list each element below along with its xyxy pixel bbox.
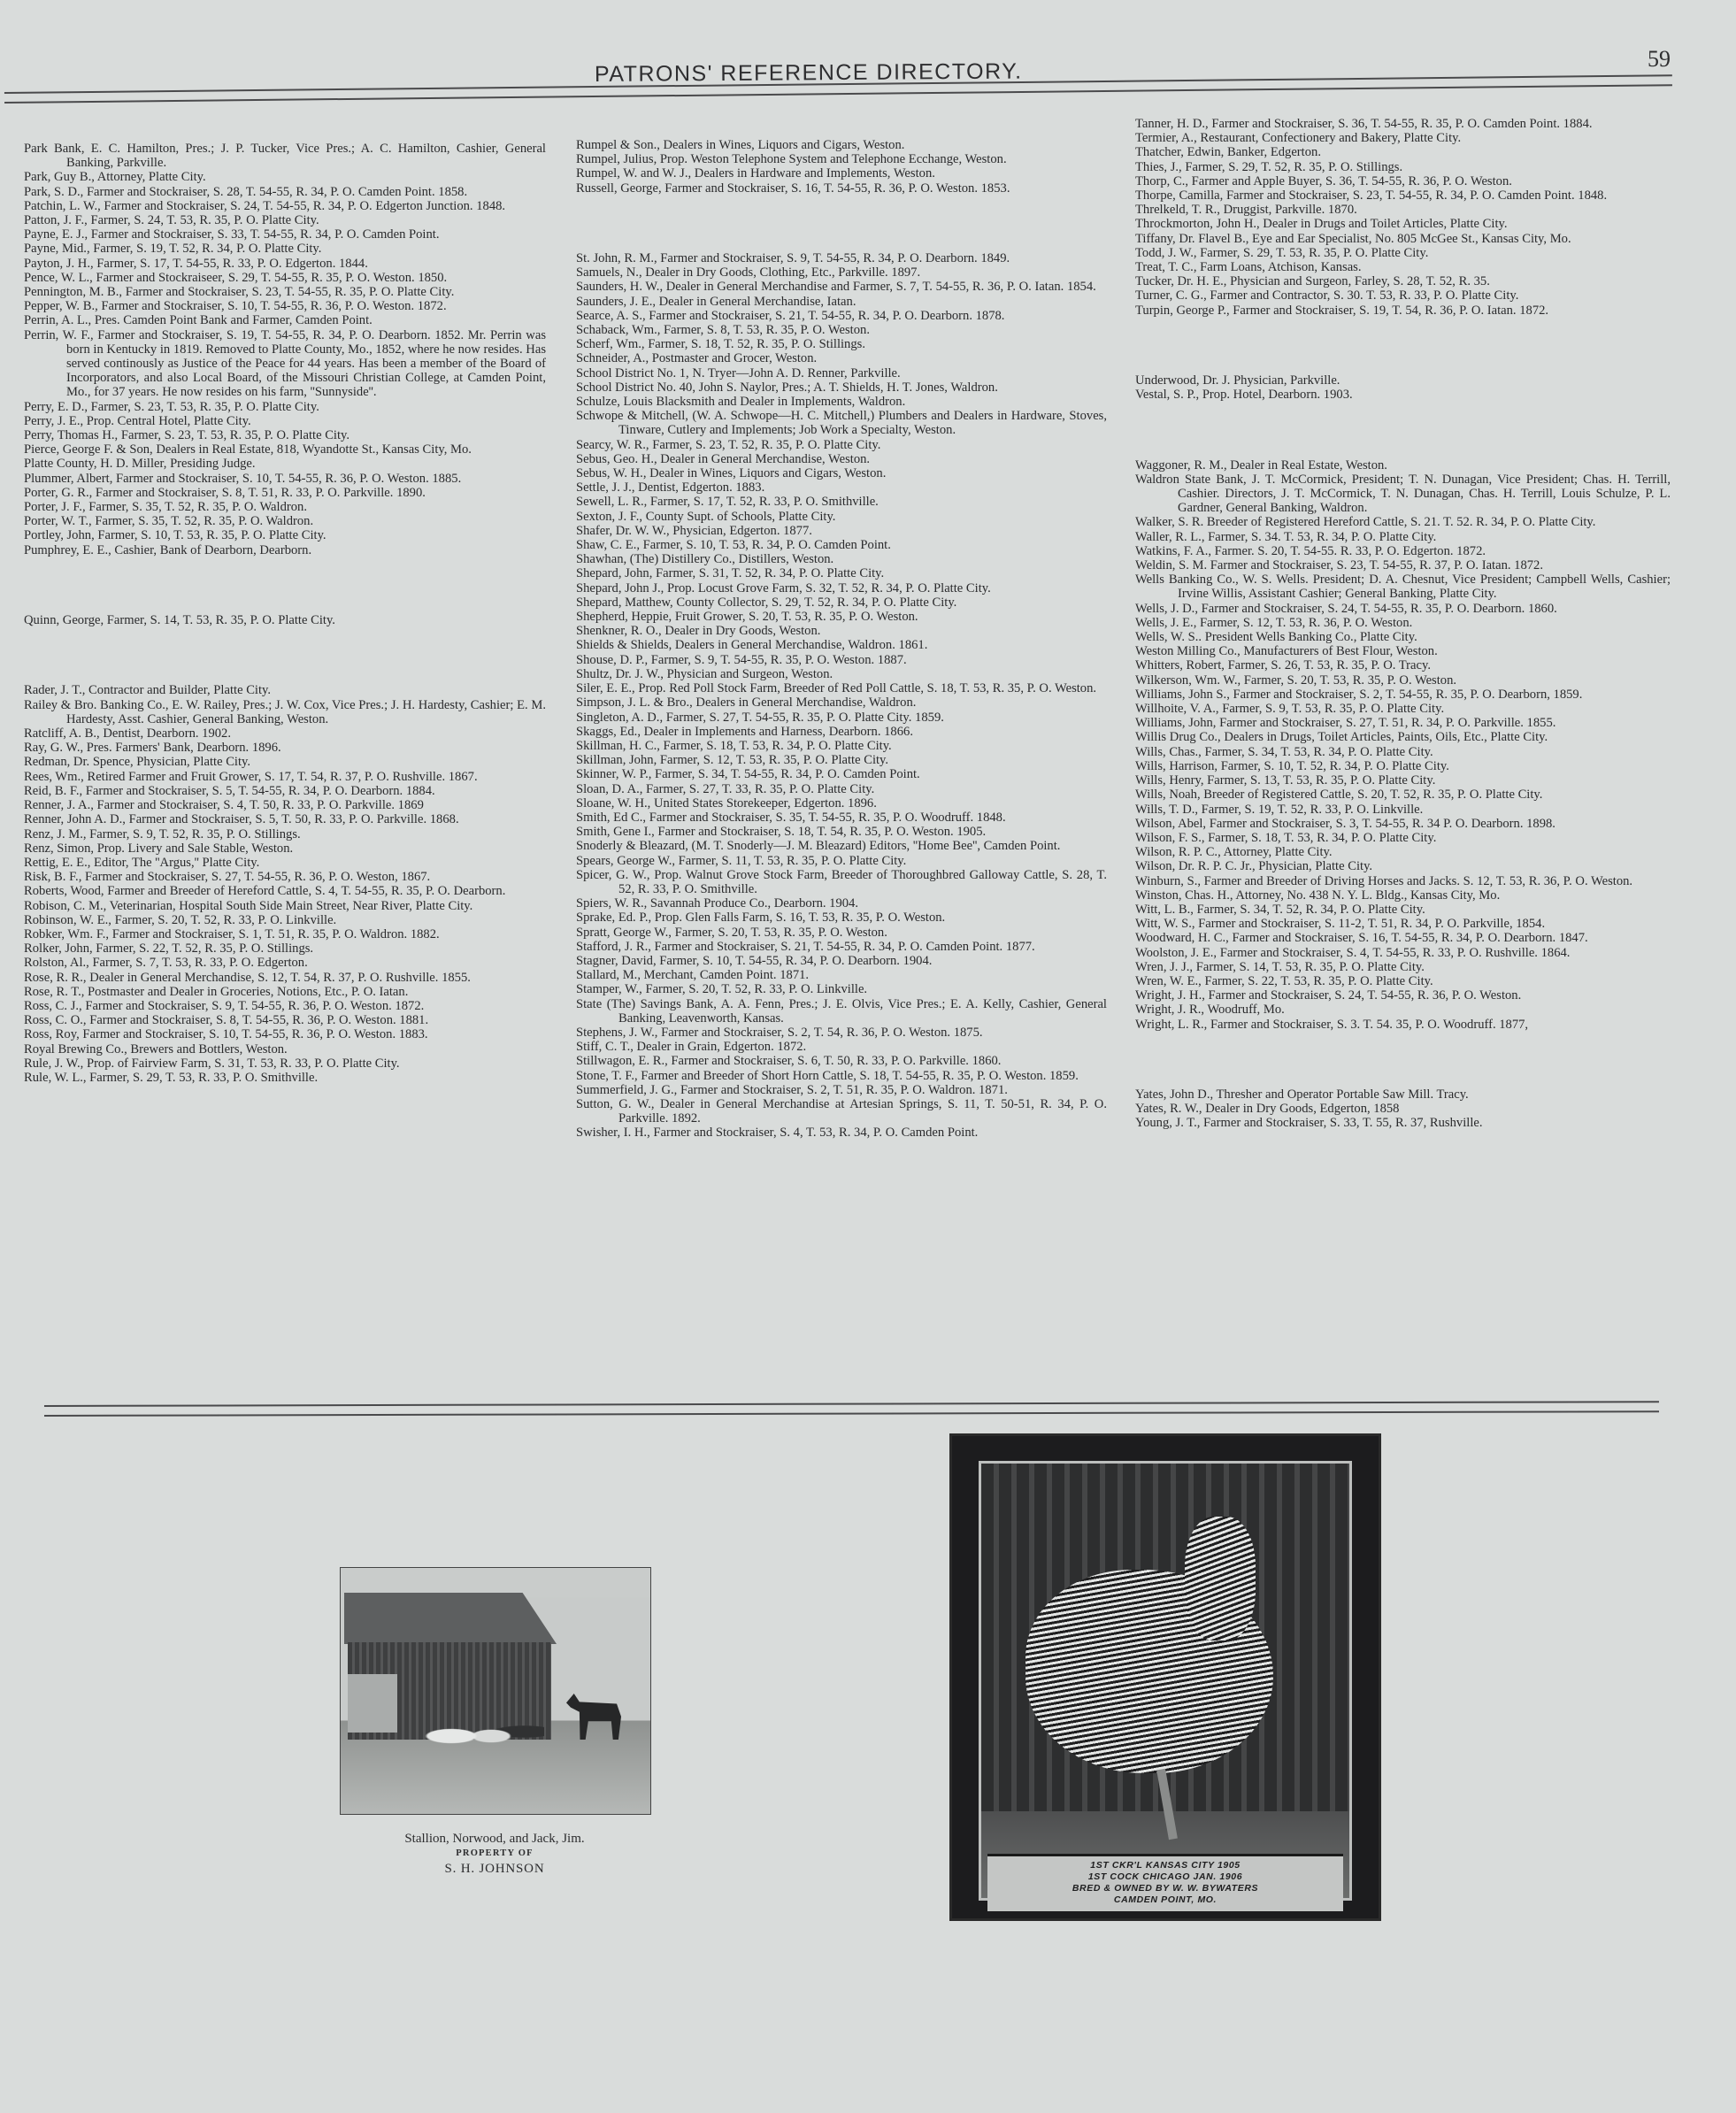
directory-entry: Swisher, I. H., Farmer and Stockraiser, … xyxy=(576,1126,1107,1140)
directory-column-right: Tanner, H. D., Farmer and Stockraiser, S… xyxy=(1135,117,1671,1131)
directory-entry: Snoderly & Bleazard, (M. T. Snoderly—J. … xyxy=(576,839,1107,853)
directory-column-left: Park Bank, E. C. Hamilton, Pres.; J. P. … xyxy=(24,142,546,1085)
directory-entry: Perrin, A. L., Pres. Camden Point Bank a… xyxy=(24,313,546,327)
directory-entry: Simpson, J. L. & Bro., Dealers in Genera… xyxy=(576,695,1107,710)
directory-entry: Patchin, L. W., Farmer and Stockraiser, … xyxy=(24,199,546,213)
directory-entry: Wills, Henry, Farmer, S. 13, T. 53, R. 3… xyxy=(1135,773,1671,788)
directory-entry: Shepard, John J., Prop. Locust Grove Far… xyxy=(576,581,1107,595)
directory-entry: Smith, Gene I., Farmer and Stockraiser, … xyxy=(576,825,1107,839)
directory-entry: Tucker, Dr. H. E., Physician and Surgeon… xyxy=(1135,274,1671,288)
directory-entry: Wills, Chas., Farmer, S. 34, T. 53, R. 3… xyxy=(1135,745,1671,759)
directory-entry: Rettig, E. E., Editor, The ''Argus,'' Pl… xyxy=(24,856,546,870)
directory-entry: Redman, Dr. Spence, Physician, Platte Ci… xyxy=(24,755,546,769)
directory-entry: Wills, T. D., Farmer, S. 19, T. 52, R. 3… xyxy=(1135,803,1671,817)
directory-entry: Singleton, A. D., Farmer, S. 27, T. 54-5… xyxy=(576,711,1107,725)
directory-entry: Rolker, John, Farmer, S. 22, T. 52, R. 3… xyxy=(24,941,546,956)
rooster-plaque: 1ST CKR'L KANSAS CITY 1905 1ST COCK CHIC… xyxy=(987,1854,1343,1911)
directory-entry: Wells Banking Co., W. S. Wells. Presiden… xyxy=(1135,572,1671,601)
directory-entry: Pence, W. L., Farmer and Stockraiseer, S… xyxy=(24,271,546,285)
directory-entry: Wilson, R. P. C., Attorney, Platte City. xyxy=(1135,845,1671,859)
directory-entry: Tanner, H. D., Farmer and Stockraiser, S… xyxy=(1135,117,1671,131)
directory-entry: Treat, T. C., Farm Loans, Atchison, Kans… xyxy=(1135,260,1671,274)
directory-entry: Renner, John A. D., Farmer and Stockrais… xyxy=(24,812,546,826)
directory-entry: Waldron State Bank, J. T. McCormick, Pre… xyxy=(1135,473,1671,516)
letter-section-gap xyxy=(576,208,1107,238)
directory-entry: Skaggs, Ed., Dealer in Implements and Ha… xyxy=(576,725,1107,739)
directory-entry: Settle, J. J., Dentist, Edgerton. 1883. xyxy=(576,480,1107,495)
directory-entry: Thies, J., Farmer, S. 29, T. 52, R. 35, … xyxy=(1135,160,1671,174)
directory-entry: Russell, George, Farmer and Stockraiser,… xyxy=(576,181,1107,196)
directory-entry: Park, S. D., Farmer and Stockraiser, S. … xyxy=(24,185,546,199)
directory-entry: Waggoner, R. M., Dealer in Real Estate, … xyxy=(1135,458,1671,473)
directory-entry: Sebus, Geo. H., Dealer in General Mercha… xyxy=(576,452,1107,466)
directory-entry: School District No. 40, John S. Naylor, … xyxy=(576,380,1107,395)
directory-entry: Tiffany, Dr. Flavel B., Eye and Ear Spec… xyxy=(1135,232,1671,246)
directory-entry: Stillwagon, E. R., Farmer and Stockraise… xyxy=(576,1054,1107,1068)
directory-entry: Winston, Chas. H., Attorney, No. 438 N. … xyxy=(1135,888,1671,903)
directory-entry: Porter, J. F., Farmer, S. 35, T. 52, R. … xyxy=(24,500,546,514)
directory-entry: Schneider, A., Postmaster and Grocer, We… xyxy=(576,351,1107,365)
barn-photo-owner: S. H. JOHNSON xyxy=(340,1862,649,1877)
directory-entry: Pennington, M. B., Farmer and Stockraise… xyxy=(24,285,546,299)
directory-entry: Schulze, Louis Blacksmith and Dealer in … xyxy=(576,395,1107,409)
barn-shed xyxy=(348,1674,397,1733)
directory-entry: Turpin, George P., Farmer and Stockraise… xyxy=(1135,304,1671,318)
directory-entry: Shenkner, R. O., Dealer in Dry Goods, We… xyxy=(576,624,1107,638)
directory-entry: Sloan, D. A., Farmer, S. 27, T. 33, R. 3… xyxy=(576,782,1107,796)
directory-entry: Witt, W. S., Farmer and Stockraiser, S. … xyxy=(1135,917,1671,931)
directory-entry: Searcy, W. R., Farmer, S. 23, T. 52, R. … xyxy=(576,438,1107,452)
directory-entry: Thorpe, Camilla, Farmer and Stockraiser,… xyxy=(1135,188,1671,203)
directory-entry: Williams, John, Farmer and Stockraiser, … xyxy=(1135,716,1671,730)
directory-entry: Wilson, Abel, Farmer and Stockraiser, S.… xyxy=(1135,817,1671,831)
directory-entry: Skillman, H. C., Farmer, S. 18, T. 53, R… xyxy=(576,739,1107,753)
directory-entry: Spears, George W., Farmer, S. 11, T. 53,… xyxy=(576,854,1107,868)
directory-entry: Pepper, W. B., Farmer and Stockraiser, S… xyxy=(24,299,546,313)
directory-entry: Pumphrey, E. E., Cashier, Bank of Dearbo… xyxy=(24,543,546,557)
plaque-line: CAMDEN POINT, MO. xyxy=(987,1894,1343,1906)
directory-entry: State (The) Savings Bank, A. A. Fenn, Pr… xyxy=(576,997,1107,1026)
directory-entry: Todd, J. W., Farmer, S. 29, T. 53, R. 35… xyxy=(1135,246,1671,260)
rooster-photo-frame xyxy=(979,1461,1352,1901)
directory-entry: Shepherd, Heppie, Fruit Grower, S. 20, T… xyxy=(576,610,1107,624)
directory-entry: Wren, J. J., Farmer, S. 14, T. 53, R. 35… xyxy=(1135,960,1671,974)
directory-entry: Threlkeld, T. R., Druggist, Parkville. 1… xyxy=(1135,203,1671,217)
directory-entry: Risk, B. F., Farmer and Stockraiser, S. … xyxy=(24,870,546,884)
barn-photo xyxy=(340,1567,651,1815)
rooster-neck xyxy=(1185,1517,1256,1640)
directory-entry: Weston Milling Co., Manufacturers of Bes… xyxy=(1135,644,1671,658)
directory-entry: Sewell, L. R., Farmer, S. 17, T. 52, R. … xyxy=(576,495,1107,509)
directory-entry: Shouse, D. P., Farmer, S. 9, T. 54-55, R… xyxy=(576,653,1107,667)
directory-entry: Robinson, W. E., Farmer, S. 20, T. 52, R… xyxy=(24,913,546,927)
directory-entry: Throckmorton, John H., Dealer in Drugs a… xyxy=(1135,217,1671,231)
directory-entry: Roberts, Wood, Farmer and Breeder of Her… xyxy=(24,884,546,898)
directory-entry: Shultz, Dr. J. W., Physician and Surgeon… xyxy=(576,667,1107,681)
directory-entry: Willis Drug Co., Dealers in Drugs, Toile… xyxy=(1135,730,1671,744)
directory-entry: Skinner, W. P., Farmer, S. 34, T. 54-55,… xyxy=(576,767,1107,781)
directory-entry: Young, J. T., Farmer and Stockraiser, S.… xyxy=(1135,1116,1671,1130)
directory-entry: Skillman, John, Farmer, S. 12, T. 53, R.… xyxy=(576,753,1107,767)
directory-entry: Renz, Simon, Prop. Livery and Sale Stabl… xyxy=(24,841,546,856)
directory-entry: Witt, L. B., Farmer, S. 34, T. 52, R. 34… xyxy=(1135,903,1671,917)
directory-entry: Wilkerson, Wm. W., Farmer, S. 20, T. 53,… xyxy=(1135,673,1671,688)
directory-entry: Wells, W. S.. President Wells Banking Co… xyxy=(1135,630,1671,644)
directory-entry: Yates, R. W., Dealer in Dry Goods, Edger… xyxy=(1135,1102,1671,1116)
directory-entry: Saunders, H. W., Dealer in General Merch… xyxy=(576,280,1107,294)
letter-section-gap xyxy=(1135,1044,1671,1074)
directory-entry: Quinn, George, Farmer, S. 14, T. 53, R. … xyxy=(24,613,546,627)
directory-entry: Summerfield, J. G., Farmer and Stockrais… xyxy=(576,1083,1107,1097)
directory-entry: Wells, J. D., Farmer and Stockraiser, S.… xyxy=(1135,602,1671,616)
directory-entry: Watkins, F. A., Farmer. S. 20, T. 54-55.… xyxy=(1135,544,1671,558)
directory-entry: Plummer, Albert, Farmer and Stockraiser,… xyxy=(24,472,546,486)
directory-entry: Thatcher, Edwin, Banker, Edgerton. xyxy=(1135,145,1671,159)
directory-entry: Williams, John S., Farmer and Stockraise… xyxy=(1135,688,1671,702)
directory-entry: Perry, Thomas H., Farmer, S. 23, T. 53, … xyxy=(24,428,546,442)
directory-entry: Sexton, J. F., County Supt. of Schools, … xyxy=(576,510,1107,524)
directory-entry: Shepard, John, Farmer, S. 31, T. 52, R. … xyxy=(576,566,1107,580)
directory-entry: Shawhan, (The) Distillery Co., Distiller… xyxy=(576,552,1107,566)
plaque-line: 1ST CKR'L KANSAS CITY 1905 xyxy=(987,1860,1343,1871)
directory-entry: Rees, Wm., Retired Farmer and Fruit Grow… xyxy=(24,770,546,784)
directory-entry: Wilson, Dr. R. P. C. Jr., Physician, Pla… xyxy=(1135,859,1671,873)
directory-entry: Termier, A., Restaurant, Confectionery a… xyxy=(1135,131,1671,145)
directory-entry: Sprake, Ed. P., Prop. Glen Falls Farm, S… xyxy=(576,911,1107,925)
directory-entry: Rose, R. T., Postmaster and Dealer in Gr… xyxy=(24,985,546,999)
directory-entry: Railey & Bro. Banking Co., E. W. Railey,… xyxy=(24,698,546,726)
directory-entry: Portley, John, Farmer, S. 10, T. 53, R. … xyxy=(24,528,546,542)
directory-entry: Rule, W. L., Farmer, S. 29, T. 53, R. 33… xyxy=(24,1071,546,1085)
directory-entry: Renner, J. A., Farmer and Stockraiser, S… xyxy=(24,798,546,812)
directory-entry: Schwope & Mitchell, (W. A. Schwope—H. C.… xyxy=(576,409,1107,437)
directory-entry: Thorp, C., Farmer and Apple Buyer, S. 36… xyxy=(1135,174,1671,188)
directory-entry: Winburn, S., Farmer and Breeder of Drivi… xyxy=(1135,874,1671,888)
directory-entry: Saunders, J. E., Dealer in General Merch… xyxy=(576,295,1107,309)
directory-entry: Stephens, J. W., Farmer and Stockraiser,… xyxy=(576,1026,1107,1040)
directory-entry: Robison, C. M., Veterinarian, Hospital S… xyxy=(24,899,546,913)
directory-entry: Stamper, W., Farmer, S. 20, T. 52, R. 33… xyxy=(576,982,1107,996)
directory-entry: St. John, R. M., Farmer and Stockraiser,… xyxy=(576,251,1107,265)
directory-entry: Payne, Mid., Farmer, S. 19, T. 52, R. 34… xyxy=(24,242,546,256)
directory-entry: Pierce, George F. & Son, Dealers in Real… xyxy=(24,442,546,457)
directory-entry: Whitters, Robert, Farmer, S. 26, T. 53, … xyxy=(1135,658,1671,672)
directory-entry: Siler, E. E., Prop. Red Poll Stock Farm,… xyxy=(576,681,1107,695)
directory-entry: Ross, C. O., Farmer and Stockraiser, S. … xyxy=(24,1013,546,1027)
directory-entry: Wills, Noah, Breeder of Registered Cattl… xyxy=(1135,788,1671,802)
directory-entry: Rumpel & Son., Dealers in Wines, Liquors… xyxy=(576,138,1107,152)
directory-entry: Rumpel, Julius, Prop. Weston Telephone S… xyxy=(576,152,1107,166)
directory-entry: Rader, J. T., Contractor and Builder, Pl… xyxy=(24,683,546,697)
directory-entry: Platte County, H. D. Miller, Presiding J… xyxy=(24,457,546,471)
directory-entry: Reid, B. F., Farmer and Stockraiser, S. … xyxy=(24,784,546,798)
directory-entry: Scherf, Wm., Farmer, S. 18, T. 52, R. 35… xyxy=(576,337,1107,351)
directory-entry: Searce, A. S., Farmer and Stockraiser, S… xyxy=(576,309,1107,323)
directory-entry: Stone, T. F., Farmer and Breeder of Shor… xyxy=(576,1069,1107,1083)
directory-entry: Royal Brewing Co., Brewers and Bottlers,… xyxy=(24,1042,546,1056)
directory-entry: Shields & Shields, Dealers in General Me… xyxy=(576,638,1107,652)
directory-entry: Samuels, N., Dealer in Dry Goods, Clothi… xyxy=(576,265,1107,280)
directory-entry: Renz, J. M., Farmer, S. 9, T. 52, R. 35,… xyxy=(24,827,546,841)
directory-entry: Wills, Harrison, Farmer, S. 10, T. 52, R… xyxy=(1135,759,1671,773)
directory-entry: School District No. 1, N. Tryer—John A. … xyxy=(576,366,1107,380)
plaque-line: 1ST COCK CHICAGO JAN. 1906 xyxy=(987,1871,1343,1883)
directory-entry: Sloane, W. H., United States Storekeeper… xyxy=(576,796,1107,811)
barn-photo-property-label: PROPERTY OF xyxy=(340,1848,649,1858)
directory-entry: Waller, R. L., Farmer, S. 34. T. 53, R. … xyxy=(1135,530,1671,544)
letter-section-gap xyxy=(1135,330,1671,360)
directory-entry: Spratt, George W., Farmer, S. 20, T. 53,… xyxy=(576,926,1107,940)
directory-entry: Perry, E. D., Farmer, S. 23, T. 53, R. 3… xyxy=(24,400,546,414)
directory-entry: Walker, S. R. Breeder of Registered Here… xyxy=(1135,515,1671,529)
directory-entry: Schaback, Wm., Farmer, S. 8, T. 53, R. 3… xyxy=(576,323,1107,337)
directory-entry: Robker, Wm. F., Farmer and Stockraiser, … xyxy=(24,927,546,941)
jack-donkey xyxy=(566,1694,621,1740)
directory-column-middle: Rumpel & Son., Dealers in Wines, Liquors… xyxy=(576,138,1107,1141)
directory-entry: Wells, J. E., Farmer, S. 12, T. 53, R. 3… xyxy=(1135,616,1671,630)
directory-entry: Vestal, S. P., Prop. Hotel, Dearborn. 19… xyxy=(1135,388,1671,402)
directory-entry: Porter, G. R., Farmer and Stockraiser, S… xyxy=(24,486,546,500)
directory-entry: Porter, W. T., Farmer, S. 35, T. 52, R. … xyxy=(24,514,546,528)
directory-entry: Yates, John D., Thresher and Operator Po… xyxy=(1135,1087,1671,1102)
letter-section-gap xyxy=(1135,415,1671,445)
directory-entry: Wright, J. R., Woodruff, Mo. xyxy=(1135,1003,1671,1017)
directory-entry: Rose, R. R., Dealer in General Merchandi… xyxy=(24,971,546,985)
directory-entry: Shaw, C. E., Farmer, S. 10, T. 53, R. 34… xyxy=(576,538,1107,552)
directory-entry: Ross, Roy, Farmer and Stockraiser, S. 10… xyxy=(24,1027,546,1041)
directory-entry: Patton, J. F., Farmer, S. 24, T. 53, R. … xyxy=(24,213,546,227)
directory-entry: Stagner, David, Farmer, S. 10, T. 54-55,… xyxy=(576,954,1107,968)
barn-photo-caption: Stallion, Norwood, and Jack, Jim. xyxy=(340,1832,649,1847)
directory-entry: Woodward, H. C., Farmer and Stockraiser,… xyxy=(1135,931,1671,945)
directory-entry: Stafford, J. R., Farmer and Stockraiser,… xyxy=(576,940,1107,954)
livestock xyxy=(411,1710,544,1754)
directory-entry: Rumpel, W. and W. J., Dealers in Hardwar… xyxy=(576,166,1107,181)
plaque-line: BRED & OWNED BY W. W. BYWATERS xyxy=(987,1883,1343,1894)
directory-entry: Shepard, Matthew, County Collector, S. 2… xyxy=(576,595,1107,610)
directory-entry: Willhoite, V. A., Farmer, S. 9, T. 53, R… xyxy=(1135,702,1671,716)
page-number: 59 xyxy=(1648,46,1671,73)
directory-entry: Sutton, G. W., Dealer in General Merchan… xyxy=(576,1097,1107,1126)
directory-entry: Smith, Ed C., Farmer and Stockraiser, S.… xyxy=(576,811,1107,825)
directory-entry: Weldin, S. M. Farmer and Stockraiser, S.… xyxy=(1135,558,1671,572)
directory-entry: Wilson, F. S., Farmer, S. 18, T. 53, R. … xyxy=(1135,831,1671,845)
directory-entry: Shafer, Dr. W. W., Physician, Edgerton. … xyxy=(576,524,1107,538)
directory-entry: Wright, J. H., Farmer and Stockraiser, S… xyxy=(1135,988,1671,1003)
directory-entry: Park, Guy B., Attorney, Platte City. xyxy=(24,170,546,184)
directory-entry: Ray, G. W., Pres. Farmers' Bank, Dearbor… xyxy=(24,741,546,755)
directory-entry: Rolston, Al., Farmer, S. 7, T. 53, R. 33… xyxy=(24,956,546,970)
rooster-photo: 1ST CKR'L KANSAS CITY 1905 1ST COCK CHIC… xyxy=(949,1433,1381,1921)
directory-entry: Stiff, C. T., Dealer in Grain, Edgerton.… xyxy=(576,1040,1107,1054)
directory-entry: Payne, E. J., Farmer and Stockraiser, S.… xyxy=(24,227,546,242)
directory-entry: Turner, C. G., Farmer and Contractor, S.… xyxy=(1135,288,1671,303)
directory-entry: Spicer, G. W., Prop. Walnut Grove Stock … xyxy=(576,868,1107,896)
directory-entry: Perrin, W. F., Farmer and Stockraiser, S… xyxy=(24,328,546,400)
directory-entry: Ratcliff, A. B., Dentist, Dearborn. 1902… xyxy=(24,726,546,741)
directory-entry: Payton, J. H., Farmer, S. 17, T. 54-55, … xyxy=(24,257,546,271)
directory-entry: Ross, C. J., Farmer and Stockraiser, S. … xyxy=(24,999,546,1013)
directory-entry: Sebus, W. H., Dealer in Wines, Liquors a… xyxy=(576,466,1107,480)
directory-entry: Underwood, Dr. J. Physician, Parkville. xyxy=(1135,373,1671,388)
letter-section-gap xyxy=(24,641,546,671)
directory-entry: Park Bank, E. C. Hamilton, Pres.; J. P. … xyxy=(24,142,546,170)
rooster-leg xyxy=(1156,1769,1178,1840)
letter-section-gap xyxy=(24,570,546,600)
directory-entry: Wren, W. E., Farmer, S. 22, T. 53, R. 35… xyxy=(1135,974,1671,988)
section-double-rule xyxy=(44,1401,1659,1417)
directory-entry: Wright, L. R., Farmer and Stockraiser, S… xyxy=(1135,1018,1671,1032)
directory-entry: Perry, J. E., Prop. Central Hotel, Platt… xyxy=(24,414,546,428)
directory-entry: Rule, J. W., Prop. of Fairview Farm, S. … xyxy=(24,1056,546,1071)
directory-entry: Woolston, J. E., Farmer and Stockraiser,… xyxy=(1135,946,1671,960)
directory-entry: Stallard, M., Merchant, Camden Point. 18… xyxy=(576,968,1107,982)
directory-entry: Spiers, W. R., Savannah Produce Co., Dea… xyxy=(576,896,1107,911)
barn-roof xyxy=(344,1593,557,1644)
